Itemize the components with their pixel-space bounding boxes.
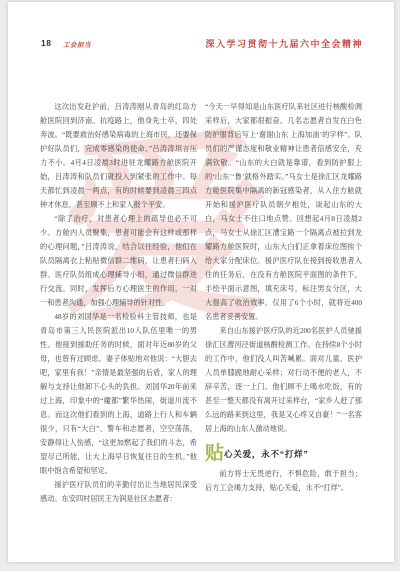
section-heading-text: 心关爱，永不“打烊” [224,447,309,462]
page-number: 18 [41,38,51,48]
article-body: 这次出发赴沪前，吕涛涛刚从青岛的红岛方舱医院回到济南。抗疫路上，他身先士卒，四处… [40,100,362,506]
section-heading-drop-char: 贴 [205,445,224,462]
magazine-page: 18 工会担当 深入学习贯彻十九届六中全会精神 爱 这次出发赴沪前，吕涛涛刚从青… [8,2,394,562]
paragraph: 来自山东援沪医疗队的近200名医护人员驰援徐汇区漕河泾街道核酸检测工作。在持续8… [205,324,362,436]
header-slogan: 深入学习贯彻十九届六中全会精神 [205,37,363,50]
paragraph: 援沪医疗队员们的辛勤付出让当地居民深受感动。东安四村居民王为润是社区志愿者： [40,478,197,506]
paragraph: “除了治疗，对患者心理上的疏导也必不可少。方舱内人员聚集，患者可能会有这样或那样… [40,212,197,310]
paragraph: 前方将士无畏逆行，不惧危险，敢于担当；后方工会竭力支持，贴心关爱，永不“打烊”。 [205,467,362,495]
section-heading: 贴 心关爱，永不“打烊” [205,445,362,462]
paragraph: “今天一早得知是山东医疗队来社区进行核酸检测采样后，大家都很振奋。几名志愿者自发… [205,100,362,324]
left-column: 这次出发赴沪前，吕涛涛刚从青岛的红岛方舱医院回到济南。抗疫路上，他身先士卒，四处… [40,100,197,506]
paragraph: 48岁的刘国华是一名检验科主管技师，也是青岛市第三人民医院派出10人队伍里唯一的… [40,310,197,478]
page-header: 18 工会担当 深入学习贯彻十九届六中全会精神 [8,38,394,52]
column-logo: 工会担当 [63,40,91,49]
right-column: “今天一早得知是山东医疗队来社区进行核酸检测采样后，大家都很振奋。几名志愿者自发… [205,100,362,506]
paragraph: 这次出发赴沪前，吕涛涛刚从青岛的红岛方舱医院回到济南。抗疫路上，他身先士卒，四处… [40,100,197,212]
